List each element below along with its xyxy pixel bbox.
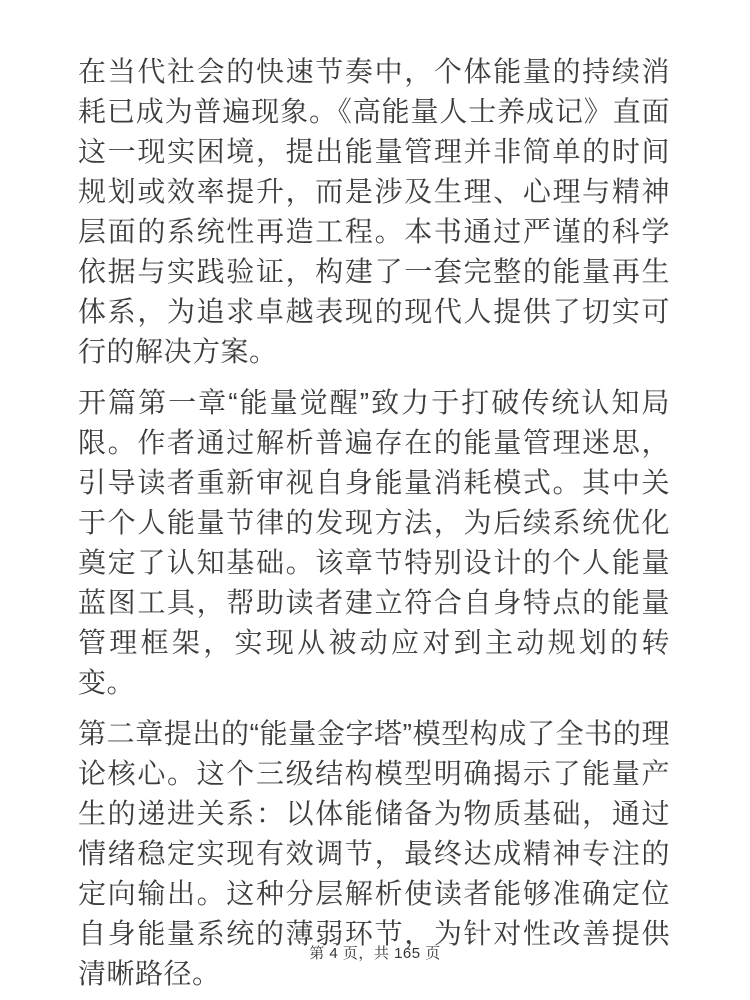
page-body-text: 在当代社会的快速节奏中，个体能量的持续消耗已成为普遍现象。《高能量人士养成记》直… xyxy=(78,52,670,1000)
page-indicator: 第 4 页，共 165 页 xyxy=(309,945,441,962)
reader-page: 在当代社会的快速节奏中，个体能量的持续消耗已成为普遍现象。《高能量人士养成记》直… xyxy=(0,0,750,1000)
body-paragraph: 在当代社会的快速节奏中，个体能量的持续消耗已成为普遍现象。《高能量人士养成记》直… xyxy=(78,52,670,372)
body-paragraph: 开篇第一章“能量觉醒”致力于打破传统认知局限。作者通过解析普遍存在的能量管理迷思… xyxy=(78,383,670,703)
page-footer: 第 4 页，共 165 页 xyxy=(0,944,750,964)
